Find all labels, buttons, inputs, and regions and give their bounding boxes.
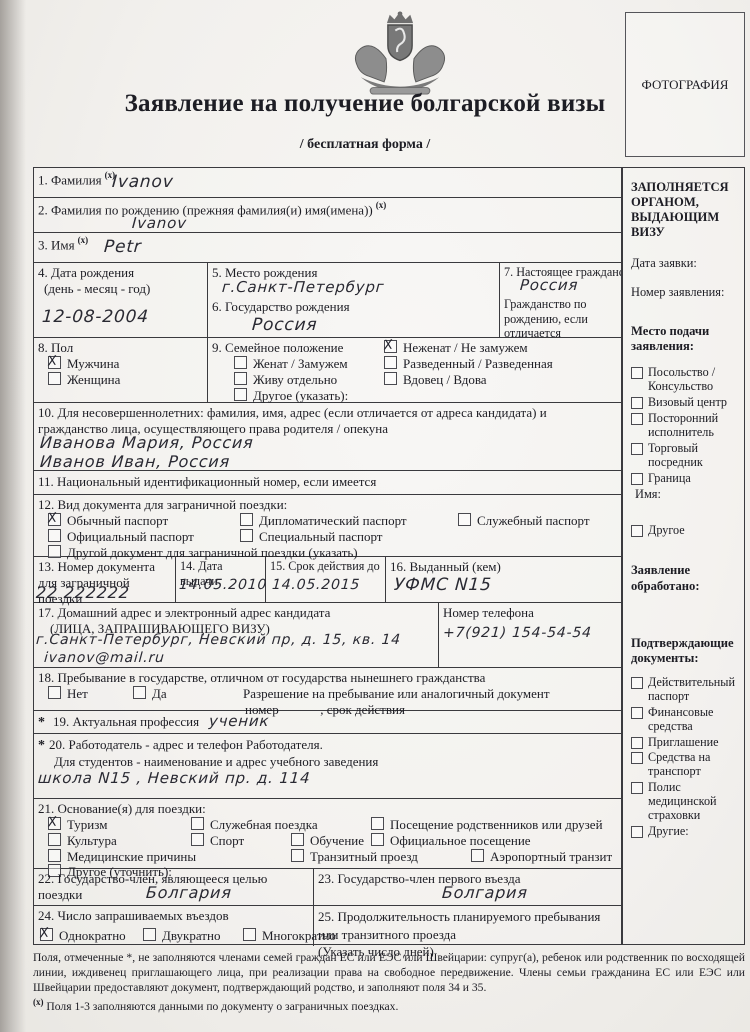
field-4-value-handwritten: 12-08-2004 [41, 307, 149, 327]
checkbox-double-entry-label: Двукратно [162, 928, 220, 944]
field-4-birthdate: 4. Дата рождения (день - месяц - год) 12… [34, 263, 208, 337]
footnote-asterisk: Поля, отмеченные *, не заполняются члена… [33, 950, 745, 995]
field-3-name: 3. Имя(x) Petr [34, 233, 621, 263]
checkbox-male[interactable] [48, 356, 61, 369]
checkbox-double-entry[interactable] [143, 928, 156, 941]
sidebar-name-label: Имя: [631, 487, 740, 502]
field-17-home-address: 17. Домашний адрес и электронный адрес к… [34, 603, 439, 667]
checkbox-separated-label: Живу отдельно [253, 372, 337, 388]
field-6-value-handwritten: Россия [251, 315, 318, 335]
checkbox-transport-means[interactable] [631, 752, 643, 764]
checkbox-married-label: Женат / Замужем [253, 356, 348, 372]
checkbox-other-document[interactable] [48, 545, 61, 558]
checkbox-culture[interactable] [48, 833, 61, 846]
field-8-sex: 8. Пол Мужчина Женщина [34, 338, 208, 402]
field-1-label: 1. Фамилия [38, 172, 102, 187]
bulgarian-coat-of-arms-icon [344, 10, 456, 96]
checkbox-residence-no-label: Нет [67, 686, 88, 702]
field-18-note1: Разрешение на пребывание или аналогичный… [243, 686, 550, 702]
field-7-value-handwritten: Россия [519, 276, 579, 294]
field-6-label: 6. Государство рождения [212, 299, 350, 315]
field-1-value-handwritten: Ivanov [111, 172, 174, 192]
checkbox-commercial-intermediary-label: Торговый посредник [648, 442, 740, 470]
field-12-label: 12. Вид документа для заграничной поездк… [38, 497, 617, 513]
page-title: Заявление на получение болгарской визы [20, 90, 710, 118]
row-sex-marital: 8. Пол Мужчина Женщина 9. Семейное полож… [34, 338, 621, 403]
sidebar-application-date-label: Дата заявки: [631, 256, 740, 271]
field-4-label2: (день - месяц - год) [38, 281, 203, 297]
official-use-sidebar: ЗАПОЛНЯЕТСЯ ОРГАНОМ, ВЫДАЮЩИМ ВИЗУ Дата … [622, 167, 745, 945]
checkbox-residence-yes-label: Да [152, 686, 167, 702]
field-19-label: 19. Актуальная профессия [53, 714, 199, 729]
checkbox-residence-no[interactable] [48, 686, 61, 699]
checkbox-official-passport[interactable] [48, 529, 61, 542]
field-2-birth-surname: 2. Фамилия по рождению (прежняя фамилия(… [34, 198, 621, 233]
application-form: 1. Фамилия(x) Ivanov 2. Фамилия по рожде… [33, 167, 622, 945]
field-2-sup: (x) [376, 200, 387, 210]
checkbox-diplomatic-passport-label: Дипломатический паспорт [259, 513, 407, 529]
checkbox-marital-other[interactable] [234, 388, 247, 401]
field-10-label: 10. Для несовершеннолетних: фамилия, имя… [38, 405, 617, 437]
field-17-value1-handwritten: г.Санкт-Петербург, Невский пр, д. 15, кв… [35, 632, 401, 648]
field-16-value-handwritten: УФМС N15 [393, 575, 492, 595]
checkbox-commercial-intermediary[interactable] [631, 443, 643, 455]
checkbox-valid-passport-label: Действительный паспорт [648, 676, 740, 704]
checkbox-medical[interactable] [48, 849, 61, 862]
checkbox-airport-transit-label: Аэропортный транзит [490, 849, 612, 865]
checkbox-place-other[interactable] [631, 525, 643, 537]
checkbox-ordinary-passport[interactable] [48, 513, 61, 526]
checkbox-visiting-relatives[interactable] [371, 817, 384, 830]
checkbox-marital-other-label: Другое (указать): [253, 388, 348, 404]
checkbox-female[interactable] [48, 372, 61, 385]
checkbox-study-label: Обучение [310, 833, 364, 849]
checkbox-official-visit-label: Официальное посещение [390, 833, 531, 849]
row-entries-duration: 24. Число запрашиваемых въездов Однократ… [34, 906, 621, 946]
sidebar-processed-header: Заявление обработано: [631, 563, 740, 593]
checkbox-separated[interactable] [234, 372, 247, 385]
photo-box: ФОТОГРАФИЯ [625, 12, 745, 157]
footnote-x-marker: (x) [33, 997, 44, 1007]
field-19-profession: * 19. Актуальная профессия ученик [34, 711, 621, 734]
checkbox-ordinary-passport-label: Обычный паспорт [67, 513, 168, 529]
row-destination: 22. Государство-член, являющееся целью п… [34, 869, 621, 906]
checkbox-sport-label: Спорт [210, 833, 244, 849]
field-25-duration: 25. Продолжительность планируемого пребы… [314, 906, 621, 946]
field-3-value-handwritten: Petr [103, 237, 142, 257]
field-7-citizenship: 7. Настоящее гражданство Россия Гражданс… [500, 263, 621, 337]
checkbox-medical-insurance-label: Полис медицинской страховки [648, 781, 740, 823]
checkbox-medical-insurance[interactable] [631, 782, 643, 794]
checkbox-study[interactable] [291, 833, 304, 846]
field-18-label: 18. Пребывание в государстве, отличном о… [38, 670, 617, 686]
checkbox-single-entry-label: Однократно [59, 928, 126, 944]
checkbox-widowed[interactable] [384, 372, 397, 385]
field-21-label: 21. Основание(я) для поездки: [38, 801, 617, 817]
phone-value-handwritten: +7(921) 154-54-54 [442, 625, 592, 641]
checkbox-transport-means-label: Средства на транспорт [648, 751, 740, 779]
field-3-label: 3. Имя [38, 237, 75, 252]
checkbox-valid-passport[interactable] [631, 677, 643, 689]
footnote-x: (x) Поля 1-3 заполняются данными по доку… [33, 997, 745, 1013]
checkbox-medical-label: Медицинские причины [67, 849, 196, 865]
scan-shadow-edge [0, 0, 26, 1032]
checkbox-male-label: Мужчина [67, 356, 119, 372]
field-1-surname: 1. Фамилия(x) Ivanov [34, 168, 621, 198]
field-17-value2-handwritten: ivanov@mail.ru [43, 650, 165, 666]
checkbox-female-label: Женщина [67, 372, 120, 388]
field-2-label: 2. Фамилия по рождению (прежняя фамилия(… [38, 202, 373, 217]
checkbox-transit[interactable] [291, 849, 304, 862]
field-4-label: 4. Дата рождения [38, 265, 203, 281]
checkbox-service-passport-label: Служебный паспорт [477, 513, 590, 529]
field-22-value-handwritten: Болгария [145, 883, 232, 902]
checkbox-service-passport[interactable] [458, 513, 471, 526]
phone-label: Номер телефона [443, 605, 617, 621]
field-13-value-handwritten: 22 222222 [35, 583, 130, 602]
field-10-value2-handwritten: Иванов Иван, Россия [39, 452, 230, 471]
field-10-minors: 10. Для несовершеннолетних: фамилия, имя… [34, 403, 621, 471]
checkbox-invitation-label: Приглашение [648, 736, 719, 750]
field-23-first-entry-state: 23. Государство-член первого въезда Болг… [314, 869, 621, 905]
checkbox-diplomatic-passport[interactable] [240, 513, 253, 526]
checkbox-married[interactable] [234, 356, 247, 369]
field-24-label: 24. Число запрашиваемых въездов [38, 908, 309, 924]
sidebar-issuing-header: ЗАПОЛНЯЕТСЯ ОРГАНОМ, ВЫДАЮЩИМ ВИЗУ [631, 180, 740, 240]
field-16-issued-by: 16. Выданный (кем) УФМС N15 [386, 557, 621, 602]
field-17-label: 17. Домашний адрес и электронный адрес к… [38, 605, 434, 621]
field-7-label2: Гражданство по рождению, если отличается [504, 297, 620, 337]
sidebar-application-number-label: Номер заявления: [631, 285, 740, 300]
field-19-star: * [38, 715, 45, 730]
checkbox-widowed-label: Вдовец / Вдова [403, 372, 487, 388]
field-9-marital-status: 9. Семейное положение Неженат / Не замуж… [208, 338, 621, 402]
checkbox-place-other-label: Другое [648, 524, 685, 538]
field-3-sup: (x) [78, 235, 89, 245]
field-20-employer: *20. Работодатель - адрес и телефон Рабо… [34, 734, 621, 799]
field-9-label: 9. Семейное положение [212, 340, 384, 356]
checkbox-invitation[interactable] [631, 737, 643, 749]
field-13-document-number: 13. Номер документа для заграничной поез… [34, 557, 176, 602]
checkbox-visa-center-label: Визовый центр [648, 396, 727, 410]
field-17-phone: Номер телефона +7(921) 154-54-54 [439, 603, 621, 667]
checkbox-visa-center[interactable] [631, 397, 643, 409]
checkbox-tourism-label: Туризм [67, 817, 107, 833]
page-subtitle: / бесплатная форма / [20, 137, 710, 153]
checkbox-residence-yes[interactable] [133, 686, 146, 699]
checkbox-divorced[interactable] [384, 356, 397, 369]
row-passport-data: 13. Номер документа для заграничной поез… [34, 557, 621, 603]
field-18-residence: 18. Пребывание в государстве, отличном о… [34, 668, 621, 711]
checkbox-airport-transit[interactable] [471, 849, 484, 862]
field-12-document-type: 12. Вид документа для заграничной поездк… [34, 495, 621, 557]
field-21-travel-purpose: 21. Основание(я) для поездки: Туризм Слу… [34, 799, 621, 869]
checkbox-transit-label: Транзитный проезд [310, 849, 418, 865]
field-24-number-of-entries: 24. Число запрашиваемых въездов Однократ… [34, 906, 314, 946]
field-20-label: 20. Работодатель - адрес и телефон Работ… [49, 737, 323, 752]
checkbox-special-passport[interactable] [240, 529, 253, 542]
checkbox-docs-other[interactable] [631, 826, 643, 838]
field-19-value-handwritten: ученик [208, 712, 270, 730]
checkbox-single-entry[interactable] [40, 928, 53, 941]
checkbox-docs-other-label: Другие: [648, 825, 689, 839]
field-20-value-handwritten: школа N15 , Невский пр. д. 114 [37, 769, 311, 787]
row-address: 17. Домашний адрес и электронный адрес к… [34, 603, 621, 668]
sidebar-documents-header: Подтверждающие документы: [631, 636, 740, 666]
field-10-value1-handwritten: Иванова Мария, Россия [39, 433, 254, 452]
checkbox-single-label: Неженат / Не замужем [403, 340, 528, 356]
field-14-value-handwritten: 14.05.2010 [178, 577, 267, 593]
field-5-value-handwritten: г.Санкт-Петербург [221, 278, 385, 296]
checkbox-official-passport-label: Официальный паспорт [67, 529, 194, 545]
footnote-x-text: Поля 1-3 заполняются данными по документ… [46, 1000, 398, 1013]
checkbox-special-passport-label: Специальный паспорт [259, 529, 382, 545]
row-birth-data: 4. Дата рождения (день - месяц - год) 12… [34, 263, 621, 338]
field-15-value-handwritten: 14.05.2015 [271, 577, 360, 593]
checkbox-culture-label: Культура [67, 833, 117, 849]
field-2-value-handwritten: Ivanov [131, 214, 187, 232]
field-25-label: 25. Продолжительность планируемого пребы… [318, 909, 600, 942]
checkbox-financial-means[interactable] [631, 707, 643, 719]
checkbox-business-trip-label: Служебная поездка [210, 817, 318, 833]
checkbox-business-trip[interactable] [191, 817, 204, 830]
photo-box-label: ФОТОГРАФИЯ [642, 77, 729, 93]
checkbox-official-visit[interactable] [371, 833, 384, 846]
field-5-6-birthplace: 5. Место рождения г.Санкт-Петербург 6. Г… [208, 263, 500, 337]
field-11-national-id: 11. Национальный идентификационный номер… [34, 471, 621, 495]
checkbox-visiting-relatives-label: Посещение родственников или друзей [390, 817, 603, 833]
field-22-destination-state: 22. Государство-член, являющееся целью п… [34, 869, 314, 905]
checkbox-external-provider[interactable] [631, 413, 643, 425]
checkbox-sport[interactable] [191, 833, 204, 846]
field-8-label: 8. Пол [38, 340, 203, 356]
checkbox-embassy-consulate-label: Посольство / Консульство [648, 366, 740, 394]
checkbox-tourism[interactable] [48, 817, 61, 830]
checkbox-external-provider-label: Посторонний исполнитель [648, 412, 740, 440]
checkbox-single[interactable] [384, 340, 397, 353]
field-23-value-handwritten: Болгария [441, 883, 528, 902]
checkbox-multiple-entry[interactable] [243, 928, 256, 941]
checkbox-border[interactable] [631, 473, 643, 485]
checkbox-embassy-consulate[interactable] [631, 367, 643, 379]
field-15-expiry-date: 15. Срок действия до 14.05.2015 [266, 557, 386, 602]
field-14-issue-date: 14. Дата выдачи 14.05.2010 [176, 557, 266, 602]
checkbox-divorced-label: Разведенный / Разведенная [403, 356, 553, 372]
field-20-star: * [38, 738, 45, 753]
field-15-label: 15. Срок действия до [270, 559, 381, 574]
checkbox-financial-means-label: Финансовые средства [648, 706, 740, 734]
checkbox-border-label: Граница [648, 472, 691, 486]
field-11-label: 11. Национальный идентификационный номер… [38, 474, 376, 489]
sidebar-place-header: Место подачи заявления: [631, 324, 740, 354]
field-16-label: 16. Выданный (кем) [390, 559, 617, 575]
field-20-label2: Для студентов - наименование и адрес уче… [38, 754, 617, 770]
